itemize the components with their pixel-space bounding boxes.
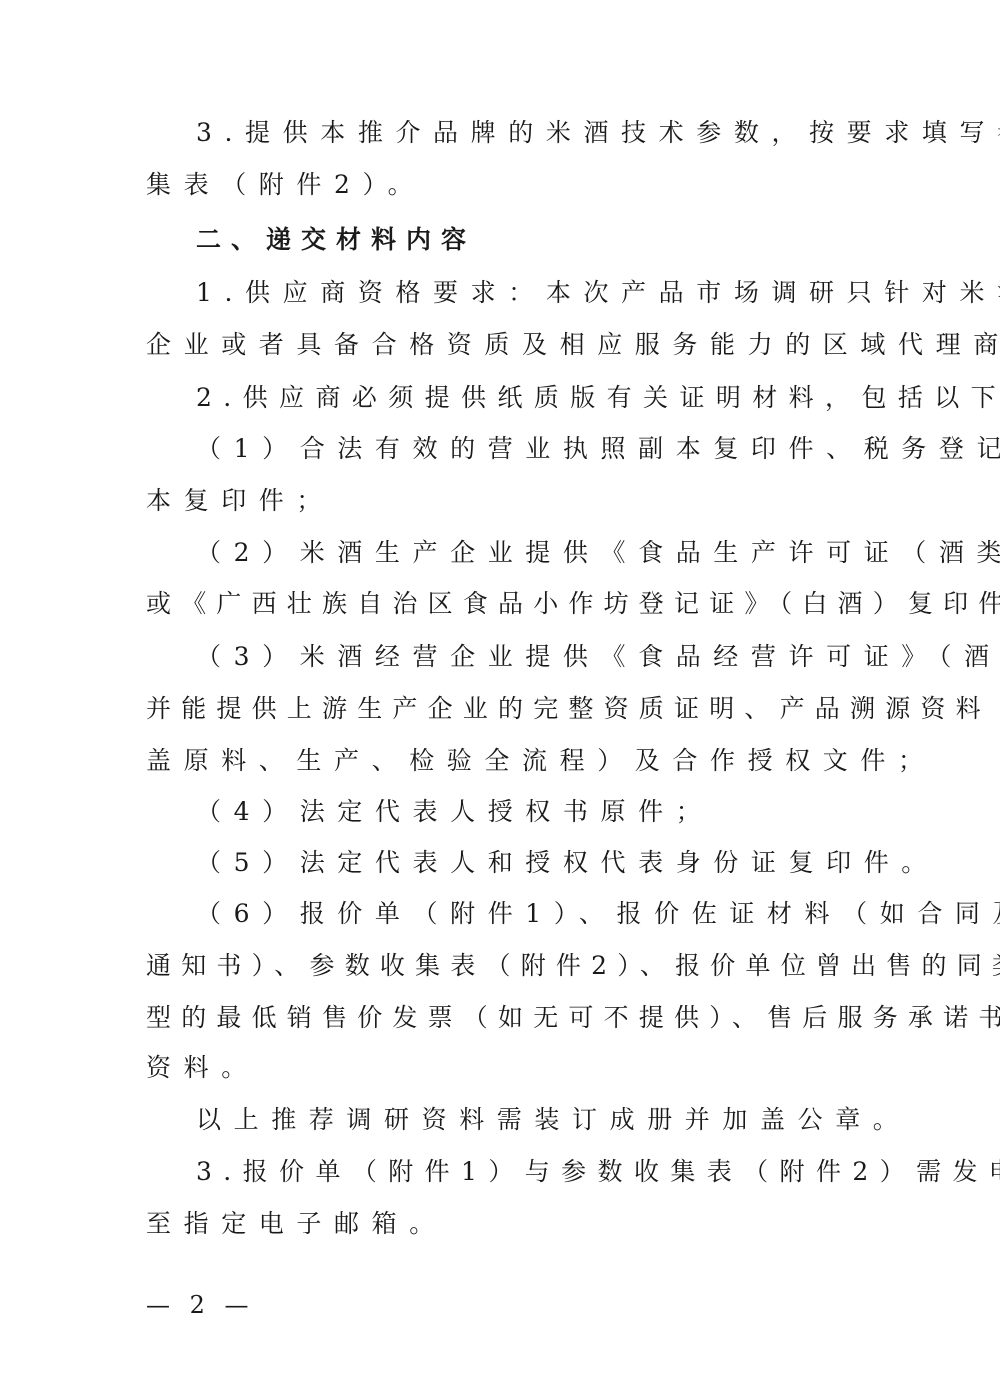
list-item-2-production-license-line-1: （2）米酒生产企业提供《食品生产许可证（酒类）》 bbox=[196, 533, 896, 573]
list-item-5-id-copies: （5）法定代表人和授权代表身份证复印件。 bbox=[196, 843, 896, 883]
list-item-3-operation-license-line-3: 盖原料、生产、检验全流程）及合作授权文件； bbox=[146, 741, 846, 781]
list-item-6-quotation-line-3: 型的最低销售价发票（如无可不提供）、售后服务承诺书等 bbox=[146, 998, 846, 1038]
section-heading-submission-materials: 二、递交材料内容 bbox=[196, 220, 896, 260]
paragraph-binding-and-seal: 以上推荐调研资料需装订成册并加盖公章。 bbox=[196, 1100, 896, 1140]
list-item-3-operation-license-line-2: 并能提供上游生产企业的完整资质证明、产品溯源资料（覆 bbox=[146, 689, 846, 729]
paragraph-item-3-electronic-submission-line-1: 3.报价单（附件1）与参数收集表（附件2）需发电子版 bbox=[196, 1152, 896, 1192]
list-item-6-quotation-line-4: 资料。 bbox=[146, 1048, 846, 1088]
list-item-3-operation-license-line-1: （3）米酒经营企业提供《食品经营许可证》（酒类）， bbox=[196, 637, 896, 677]
list-item-2-production-license-line-2: 或《广西壮族自治区食品小作坊登记证》（白酒）复印件； bbox=[146, 584, 846, 624]
document-page: 3.提供本推介品牌的米酒技术参数，按要求填写参数收 集表（附件2）。 二、递交材… bbox=[0, 0, 1000, 1378]
paragraph-item-3-technical-params-line-2: 集表（附件2）。 bbox=[146, 165, 846, 205]
paragraph-item-3-electronic-submission-line-2: 至指定电子邮箱。 bbox=[146, 1204, 846, 1244]
paragraph-supplier-qualification-line-1: 1.供应商资格要求：本次产品市场调研只针对米酒生产 bbox=[196, 273, 896, 313]
list-item-6-quotation-line-2: 通知书）、参数收集表（附件2）、报价单位曾出售的同类 bbox=[146, 946, 846, 986]
list-item-4-authorization-letter: （4）法定代表人授权书原件； bbox=[196, 792, 896, 832]
list-item-1-business-license-line-1: （1）合法有效的营业执照副本复印件、税务登记证副 bbox=[196, 429, 896, 469]
paragraph-item-3-technical-params-line-1: 3.提供本推介品牌的米酒技术参数，按要求填写参数收 bbox=[196, 113, 896, 153]
list-item-1-business-license-line-2: 本复印件； bbox=[146, 481, 846, 521]
list-item-6-quotation-line-1: （6）报价单（附件1）、报价佐证材料（如合同及中标 bbox=[196, 894, 896, 934]
page-number: — 2 — bbox=[146, 1290, 255, 1320]
paragraph-supplier-qualification-line-2: 企业或者具备合格资质及相应服务能力的区域代理商。 bbox=[146, 325, 846, 365]
paragraph-paper-materials-intro: 2.供应商必须提供纸质版有关证明材料，包括以下内容： bbox=[196, 378, 896, 418]
